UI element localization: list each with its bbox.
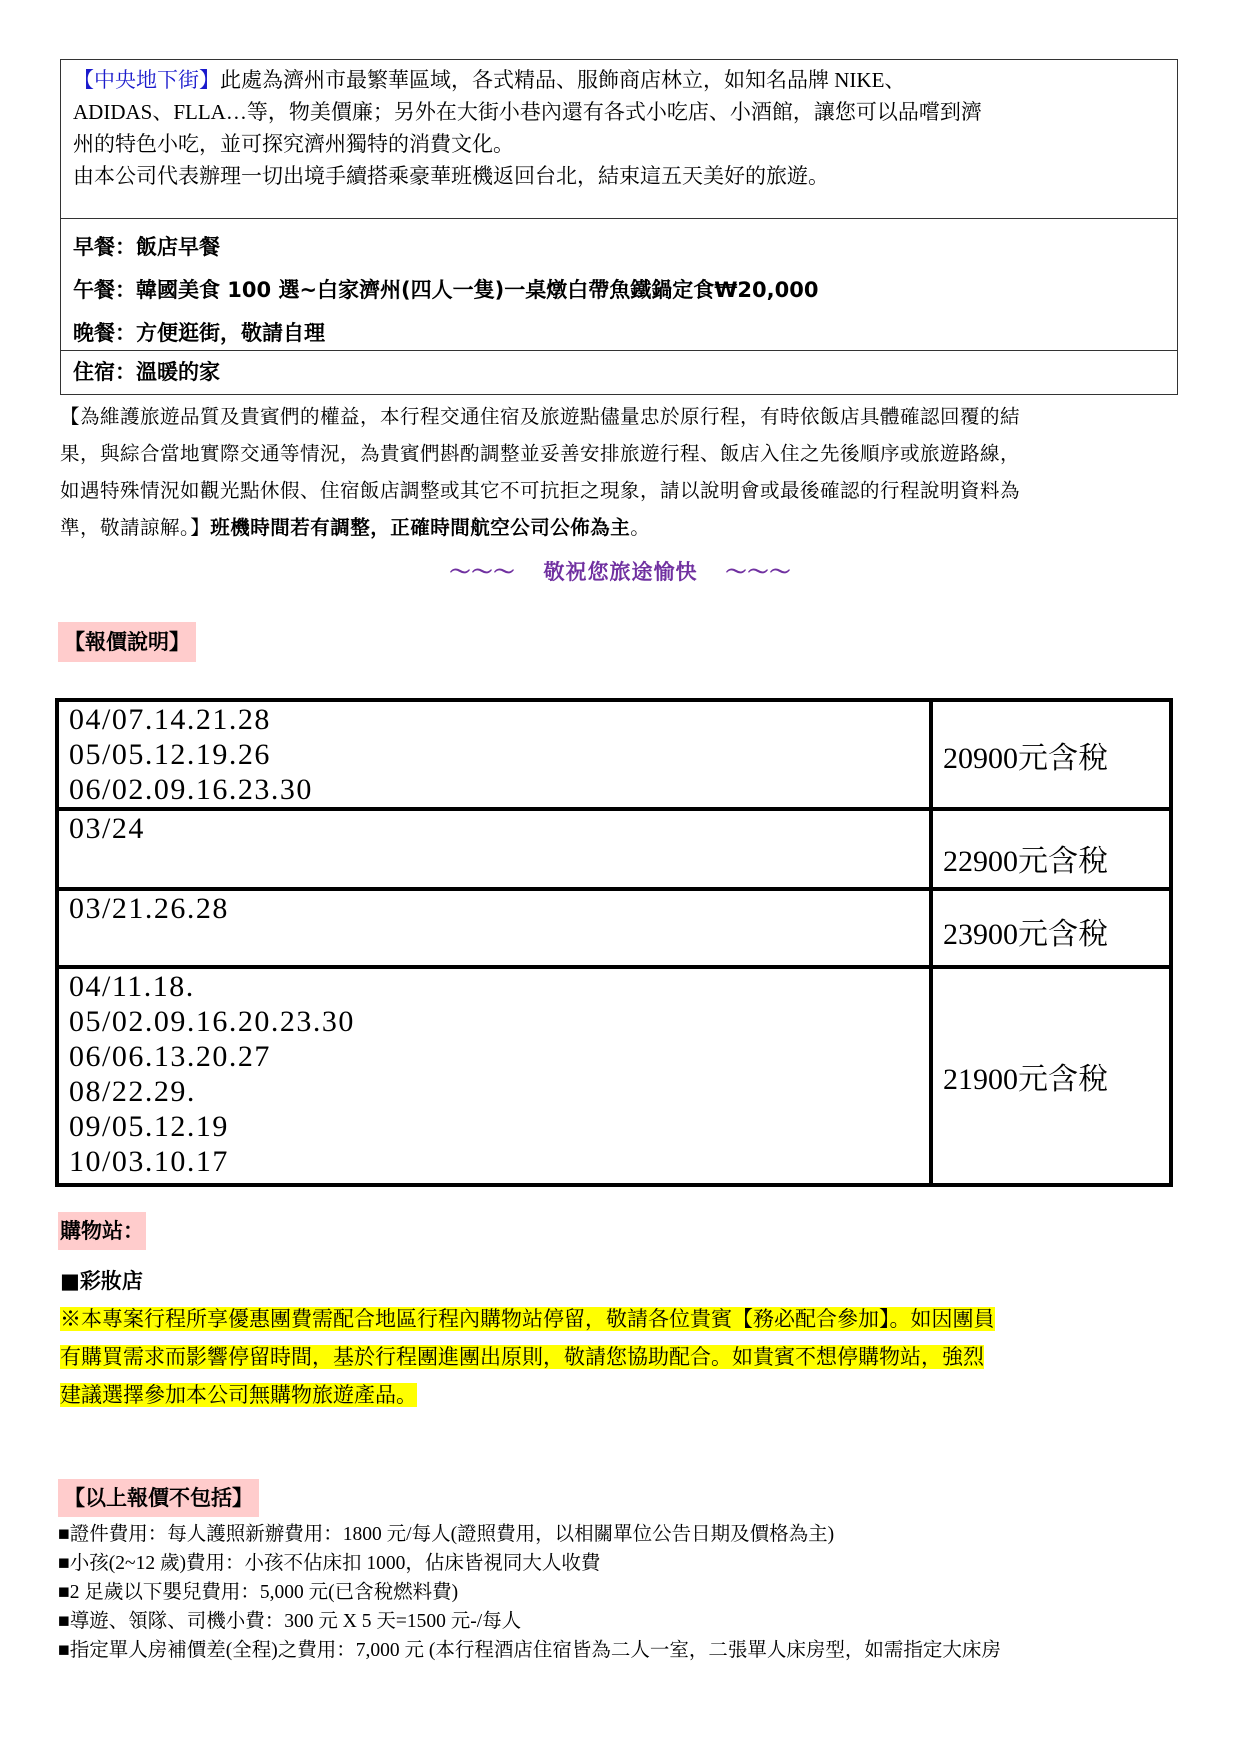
shopping-title: 購物站： [58,1212,146,1250]
date-line: 04/11.18. [69,969,929,1004]
flight-time-notice: 班機時間若有調整，正確時間航空公司公佈為主 [210,516,630,539]
date-line: 03/24 [69,811,929,846]
itinerary-notice: 【為維護旅遊品質及貴賓們的權益，本行程交通住宿及旅遊點儘量忠於原行程，有時依飯店… [60,398,1170,546]
date-line: 09/05.12.19 [69,1109,929,1144]
date-line: 08/22.29. [69,1074,929,1109]
day-description-line-2: ADIDAS、FLLA…等，物美價廉；另外在大街小巷內還有各式小吃店、小酒館，讓… [73,96,1163,128]
location-highlight: 【中央地下街】 [73,68,220,92]
exclusion-item: ■2 足歲以下嬰兒費用：5,000 元(已含稅燃料費) [58,1578,1198,1607]
date-line: 06/06.13.20.27 [69,1039,929,1074]
departure-dates: 04/07.14.21.28 05/05.12.19.26 06/02.09.1… [57,700,931,809]
date-line: 06/02.09.16.23.30 [69,772,929,807]
price-cell: 21900元含稅 [931,967,1171,1185]
blessing-line: ～～～敬祝您旅途愉快～～～ [0,556,1241,586]
exclusion-item: ■導遊、領隊、司機小費：300 元 X 5 天=1500 元-/每人 [58,1607,1198,1636]
price-row: 04/11.18. 05/02.09.16.20.23.30 06/06.13.… [57,967,1171,1185]
date-line: 05/05.12.19.26 [69,737,929,772]
shopping-note-line: 建議選擇參加本公司無購物旅遊產品。 [60,1383,417,1407]
departure-dates: 03/21.26.28 [57,889,931,967]
date-line: 03/21.26.28 [69,891,929,926]
price-cell: 22900元含稅 [931,809,1171,889]
notice-line: 如遇特殊情況如觀光點休假、住宿飯店調整或其它不可抗拒之現象，請以說明會或最後確認… [60,472,1170,509]
price-table: 04/07.14.21.28 05/05.12.19.26 06/02.09.1… [55,698,1173,1187]
notice-line: 果，與綜合當地實際交通等情況，為貴賓們斟酌調整並妥善安排旅遊行程、飯店入住之先後… [60,435,1170,472]
breakfast: 早餐：飯店早餐 [73,226,1177,269]
price-row: 04/07.14.21.28 05/05.12.19.26 06/02.09.1… [57,700,1171,809]
day-description-line-3: 州的特色小吃，並可探究濟州獨特的消費文化。 [73,128,1163,160]
date-line: 05/02.09.16.20.23.30 [69,1004,929,1039]
shopping-note-line: ※本專案行程所享優惠團費需配合地區行程內購物站停留，敬請各位貴賓【務必配合參加】… [60,1307,995,1331]
tilde-decoration: ～～～ [726,560,792,584]
date-line: 04/07.14.21.28 [69,702,929,737]
blessing-text: 敬祝您旅途愉快 [544,560,698,584]
price-cell: 23900元含稅 [931,889,1171,967]
day-description-line-1: 【中央地下街】此處為濟州市最繁華區域，各式精品、服飾商店林立，如知名品牌 NIK… [73,64,1163,96]
price-section-title: 【報價說明】 [58,622,196,662]
day-description-box: 【中央地下街】此處為濟州市最繁華區域，各式精品、服飾商店林立，如知名品牌 NIK… [60,59,1178,219]
price-row: 03/21.26.28 23900元含稅 [57,889,1171,967]
shopping-item: ■彩妝店 [60,1265,143,1295]
price-row: 03/24 22900元含稅 [57,809,1171,889]
exclusions-list: ■證件費用：每人護照新辦費用：1800 元/每人(證照費用，以相關單位公告日期及… [58,1520,1198,1665]
notice-line: 準，敬請諒解。】班機時間若有調整，正確時間航空公司公佈為主。 [60,509,1170,546]
exclusion-item: ■證件費用：每人護照新辦費用：1800 元/每人(證照費用，以相關單位公告日期及… [58,1520,1198,1549]
departure-dates: 03/24 [57,809,931,889]
shopping-note: ※本專案行程所享優惠團費需配合地區行程內購物站停留，敬請各位貴賓【務必配合參加】… [60,1300,1180,1414]
meals-box: 早餐：飯店早餐 午餐：韓國美食 100 選~白家濟州(四人一隻)一桌燉白帶魚鐵鍋… [60,218,1178,351]
return-flight-text: 由本公司代表辦理一切出境手續搭乘豪華班機返回台北，結束這五天美好的旅遊。 [73,160,1163,192]
lunch: 午餐：韓國美食 100 選~白家濟州(四人一隻)一桌燉白帶魚鐵鍋定食₩20,00… [73,269,1177,312]
price-cell: 20900元含稅 [931,700,1171,809]
exclusion-item: ■指定單人房補價差(全程)之費用：7,000 元 (本行程酒店住宿皆為二人一室，… [58,1636,1198,1665]
accommodation: 住宿：溫暖的家 [60,350,1178,395]
exclusion-item: ■小孩(2~12 歲)費用：小孩不佔床扣 1000，佔床皆視同大人收費 [58,1549,1198,1578]
dinner: 晚餐：方便逛街，敬請自理 [73,312,1177,355]
tilde-decoration: ～～～ [450,560,516,584]
date-line: 10/03.10.17 [69,1144,929,1179]
departure-dates: 04/11.18. 05/02.09.16.20.23.30 06/06.13.… [57,967,931,1185]
exclusions-title: 【以上報價不包括】 [58,1479,259,1517]
notice-line: 【為維護旅遊品質及貴賓們的權益，本行程交通住宿及旅遊點儘量忠於原行程，有時依飯店… [60,398,1170,435]
shopping-note-line: 有購買需求而影響停留時間，基於行程團進團出原則，敬請您協助配合。如貴賓不想停購物… [60,1345,984,1369]
